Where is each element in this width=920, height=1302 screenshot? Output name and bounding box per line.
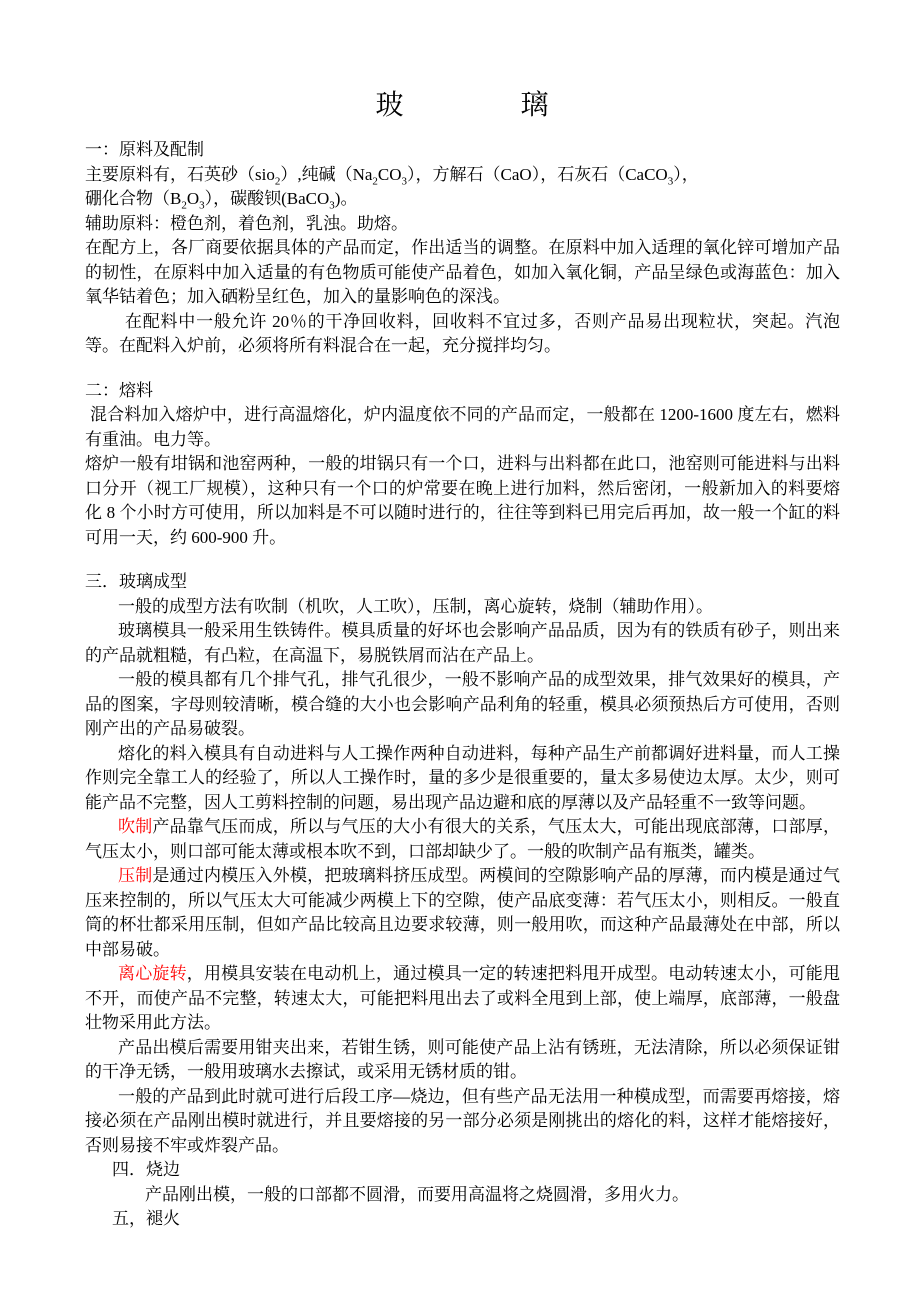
document-paragraph: 二：熔料 [85,379,840,404]
document-paragraph: 在配料中一般允许 20％的干净回收料，回收料不宜过多，否则产品易出现粒状，突起。… [85,310,840,359]
document-paragraph: 主要原料有，石英砂（sio2）,纯碱（Na2CO3），方解石（CaO），石灰石（… [85,163,840,188]
blank-line [85,550,840,570]
document-page: 玻 璃 一：原料及配制主要原料有，石英砂（sio2）,纯碱（Na2CO3），方解… [0,0,920,1302]
document-paragraph: 熔炉一般有坩锅和池窑两种，一般的坩锅只有一个口，进料与出料都在此口，池窑则可能进… [85,452,840,550]
highlighted-term: 压制 [118,866,152,885]
document-paragraph: 硼化合物（B2O3），碳酸钡(BaCO3)。 [85,187,840,212]
document-paragraph: 吹制产品靠气压而成，所以与气压的大小有很大的关系，气压太大，可能出现底部薄，口部… [85,815,840,864]
highlighted-term: 吹制 [118,817,152,836]
document-paragraph: 一：原料及配制 [85,138,840,163]
blank-line [85,359,840,379]
document-content: 玻 璃 一：原料及配制主要原料有，石英砂（sio2）,纯碱（Na2CO3），方解… [85,88,840,1232]
document-paragraph: 玻璃模具一般采用生铁铸件。模具质量的好坏也会影响产品品质，因为有的铁质有砂子，则… [85,619,840,668]
document-body: 一：原料及配制主要原料有，石英砂（sio2）,纯碱（Na2CO3），方解石（Ca… [85,138,840,1232]
document-paragraph: 产品刚出模，一般的口部都不圆滑，而要用高温将之烧圆滑，多用火力。 [85,1183,840,1208]
document-paragraph: 产品出模后需要用钳夹出来，若钳生锈，则可能使产品上沾有锈班，无法清除，所以必须保… [85,1036,840,1085]
document-paragraph: 四．烧边 [85,1158,840,1183]
document-paragraph: 压制是通过内模压入外模，把玻璃料挤压成型。两模间的空隙影响产品的厚薄，而内模是通… [85,864,840,962]
highlighted-term: 离心旋转 [118,964,187,983]
document-paragraph: 混合料加入熔炉中，进行高温熔化，炉内温度依不同的产品而定，一般都在 1200-1… [85,403,840,452]
document-paragraph: 熔化的料入模具有自动进料与人工操作两种自动进料，每种产品生产前都调好进料量，而人… [85,742,840,816]
document-title: 玻 璃 [85,88,840,124]
document-paragraph: 五，褪火 [85,1207,840,1232]
document-paragraph: 离心旋转，用模具安装在电动机上，通过模具一定的转速把料甩开成型。电动转速太小，可… [85,962,840,1036]
document-paragraph: 一般的成型方法有吹制（机吹，人工吹），压制，离心旋转，烧制（辅助作用）。 [85,595,840,620]
document-paragraph: 一般的产品到此时就可进行后段工序—烧边，但有些产品无法用一种模成型，而需要再熔接… [85,1085,840,1159]
document-paragraph: 一般的模具都有几个排气孔，排气孔很少，一般不影响产品的成型效果，排气效果好的模具… [85,668,840,742]
document-paragraph: 辅助原料：橙色剂，着色剂，乳浊。助熔。 [85,212,840,237]
document-paragraph: 三．玻璃成型 [85,570,840,595]
document-paragraph: 在配方上，各厂商要依据具体的产品而定，作出适当的调整。在原料中加入适理的氧化锌可… [85,236,840,310]
